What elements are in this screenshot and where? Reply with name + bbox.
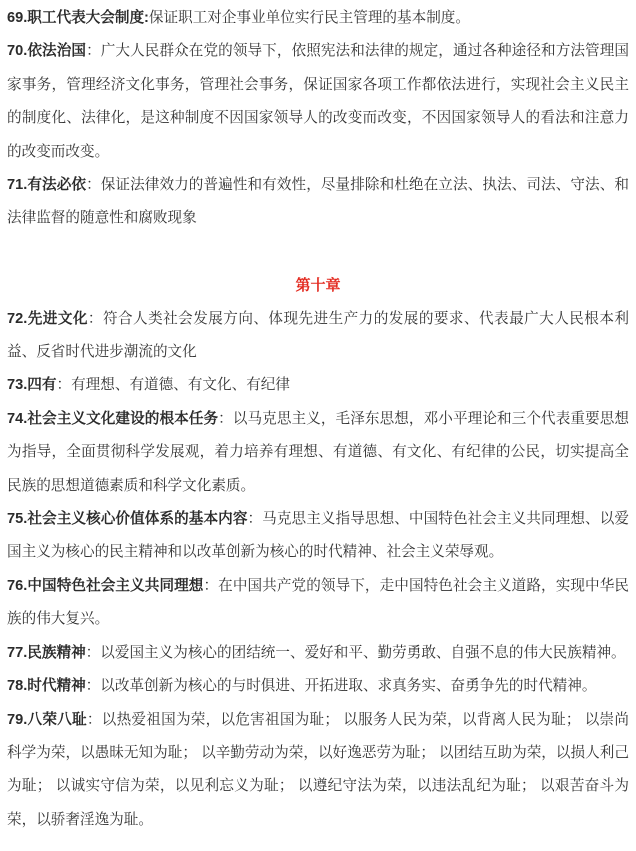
definition-term: 69.职工代表大会制度:	[7, 10, 149, 26]
definition-term: 74.社会主义文化建设的根本任务	[7, 411, 218, 427]
definition-body: 保证职工对企事业单位实行民主管理的基本制度。	[149, 10, 470, 26]
document-page: 69.职工代表大会制度:保证职工对企事业单位实行民主管理的基本制度。 70.依法…	[0, 0, 636, 851]
definition-body: ：以爱国主义为核心的团结统一、爱好和平、勤劳勇敢、自强不息的伟大民族精神。	[86, 645, 626, 661]
definition-item-71: 71.有法必依：保证法律效力的普遍性和有效性，尽量排除和杜绝在立法、执法、司法、…	[7, 169, 629, 236]
definition-term: 79.八荣八耻	[7, 712, 87, 728]
definition-item-76: 76.中国特色社会主义共同理想：在中国共产党的领导下，走中国特色社会主义道路，实…	[7, 570, 629, 637]
definition-term: 73.四有	[7, 377, 56, 393]
definition-body: ：以改革创新为核心的与时俱进、开拓进取、求真务实、奋勇争先的时代精神。	[86, 678, 597, 694]
definition-item-70: 70.依法治国：广大人民群众在党的领导下，依照宪法和法律的规定，通过各种途径和方…	[7, 35, 629, 169]
definition-item-79: 79.八荣八耻：以热爱祖国为荣，以危害祖国为耻； 以服务人民为荣，以背离人民为耻…	[7, 704, 629, 838]
definition-body: ：符合人类社会发展方向、体现先进生产力的发展的要求、代表最广大人民根本利益、反省…	[7, 311, 629, 360]
definition-term: 75.社会主义核心价值体系的基本内容	[7, 511, 248, 527]
definition-item-74: 74.社会主义文化建设的根本任务：以马克思主义，毛泽东思想，邓小平理论和三个代表…	[7, 403, 629, 503]
definition-body: ：保证法律效力的普遍性和有效性，尽量排除和杜绝在立法、执法、司法、守法、和法律监…	[7, 177, 629, 226]
chapter-heading: 第十章	[7, 269, 629, 302]
definition-term: 71.有法必依	[7, 177, 86, 193]
definition-term: 70.依法治国	[7, 43, 86, 59]
definition-term: 72.先进文化	[7, 311, 88, 327]
definition-term: 78.时代精神	[7, 678, 86, 694]
definition-item-69: 69.职工代表大会制度:保证职工对企事业单位实行民主管理的基本制度。	[7, 2, 629, 35]
definition-body: ：有理想、有道德、有文化、有纪律	[56, 377, 290, 393]
definition-term: 76.中国特色社会主义共同理想	[7, 578, 203, 594]
definition-item-75: 75.社会主义核心价值体系的基本内容：马克思主义指导思想、中国特色社会主义共同理…	[7, 503, 629, 570]
definition-item-78: 78.时代精神：以改革创新为核心的与时俱进、开拓进取、求真务实、奋勇争先的时代精…	[7, 670, 629, 703]
definition-item-77: 77.民族精神：以爱国主义为核心的团结统一、爱好和平、勤劳勇敢、自强不息的伟大民…	[7, 637, 629, 670]
definition-term: 77.民族精神	[7, 645, 86, 661]
definition-body: ：广大人民群众在党的领导下，依照宪法和法律的规定，通过各种途径和方法管理国家事务…	[7, 43, 629, 159]
definition-body: ：以热爱祖国为荣，以危害祖国为耻； 以服务人民为荣，以背离人民为耻； 以崇尚科学…	[7, 712, 629, 828]
definition-item-73: 73.四有：有理想、有道德、有文化、有纪律	[7, 369, 629, 402]
definition-item-72: 72.先进文化：符合人类社会发展方向、体现先进生产力的发展的要求、代表最广大人民…	[7, 303, 629, 370]
